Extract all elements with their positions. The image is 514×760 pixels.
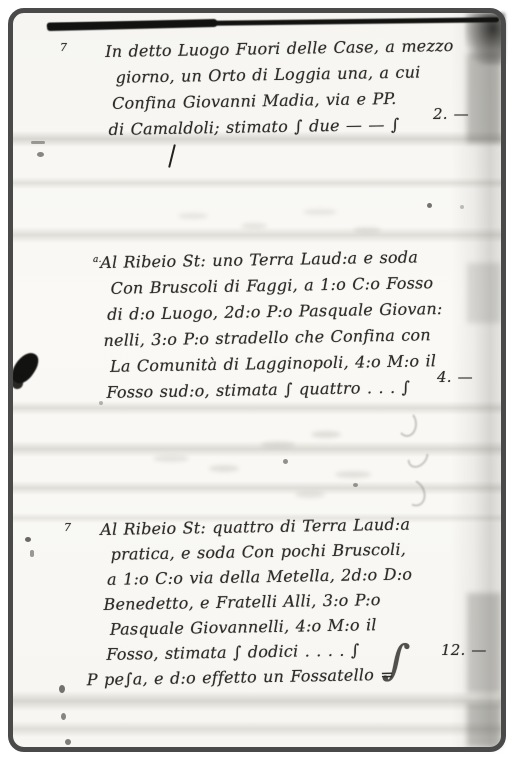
stray-pen-stroke: [168, 144, 176, 168]
page-edge-shadow-band: [467, 703, 501, 747]
bleedthrough-smudge: [261, 441, 295, 448]
ink-speck: [65, 739, 71, 745]
ink-speck: [283, 459, 288, 464]
bleedthrough-smudge: [241, 223, 267, 229]
margin-ink-mark: [25, 537, 31, 542]
scan-streak: [13, 481, 501, 495]
manuscript-page: 7 In detto Luogo Fuori delle Case, a mez…: [13, 13, 501, 747]
entry-amount: 12. —: [441, 641, 487, 659]
margin-ink-mark: [37, 152, 44, 157]
page-top-edge: [47, 19, 217, 31]
bleedthrough-smudge: [311, 431, 341, 438]
margin-mark: 7: [64, 521, 71, 534]
scan-streak: [13, 691, 501, 711]
scanned-manuscript-photo: 7 In detto Luogo Fuori delle Case, a mez…: [0, 0, 514, 760]
ink-speck: [61, 713, 66, 720]
bleedthrough-smudge: [178, 213, 208, 219]
page-edge-shadow-band: [467, 53, 501, 143]
corner-smudge-top-right: [465, 13, 505, 65]
scan-streak: [13, 227, 501, 243]
bleedthrough-smudge: [303, 209, 337, 215]
ink-speck: [460, 205, 464, 209]
ink-speck: [353, 483, 358, 487]
entry-amount: 2. —: [433, 105, 469, 123]
scan-streak: [13, 721, 501, 737]
bleedthrough-curl: [397, 411, 417, 437]
ledger-entry: In detto Luogo Fuori delle Case, a mezzo…: [105, 33, 455, 143]
scan-streak: [13, 177, 501, 189]
bleedthrough-smudge: [353, 227, 381, 233]
bleedthrough-smudge: [335, 471, 371, 478]
ledger-entry: Al Ribeio St: uno Terra Laud:a e soda Co…: [100, 244, 444, 406]
margin-mark: 7: [60, 41, 67, 54]
margin-ink-mark: [31, 141, 45, 144]
margin-ink-mark: [30, 550, 34, 557]
entry-amount: 4. —: [437, 368, 473, 386]
entry-line: Pasquale Giovannelli, 4:o M:o il: [110, 612, 413, 642]
page-edge-shadow-band: [467, 263, 501, 323]
bleedthrough-smudge: [153, 455, 189, 462]
ink-speck: [427, 203, 432, 208]
bleedthrough-smudge: [295, 491, 325, 498]
ledger-entry: Al Ribeio St: quattro di Terra Laud:a pr…: [100, 512, 414, 692]
ink-speck: [59, 685, 65, 693]
bleedthrough-smudge: [209, 465, 239, 472]
entry-line: P pe∫a, e d:o effetto un Fossatello =: [87, 662, 414, 693]
